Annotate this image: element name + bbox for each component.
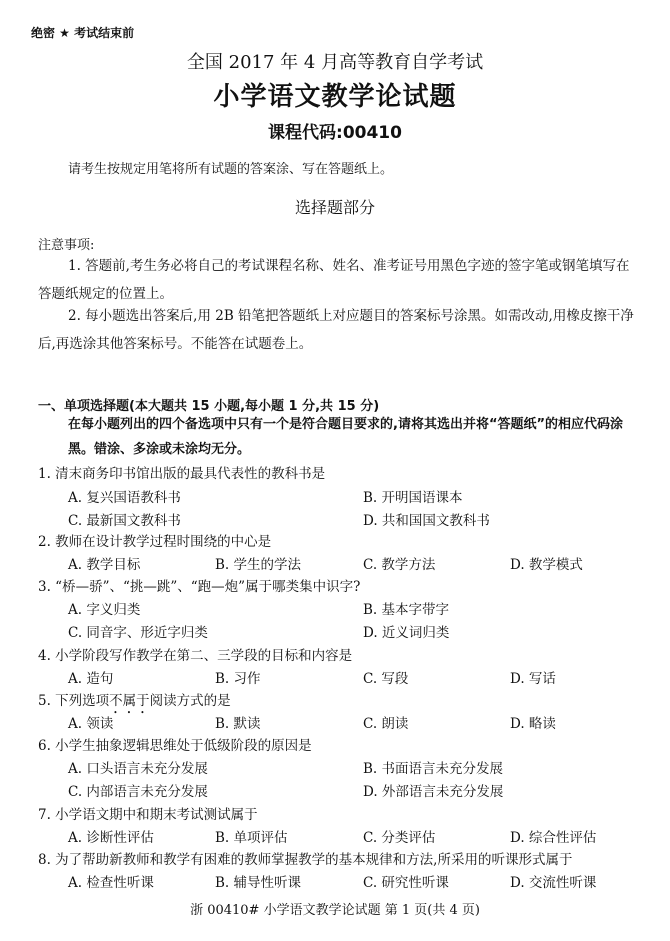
q8-option-c: C. 研究性听课 — [363, 871, 449, 891]
q2-option-b: B. 学生的学法 — [215, 553, 301, 573]
q6-option-b: B. 书面语言未充分发展 — [363, 757, 503, 777]
exam-title: 全国 2017 年 4 月高等教育自学考试 — [0, 48, 670, 74]
notice-item-2: 2. 每小题选出答案后,用 2B 铅笔把答题纸上对应题目的答案标号涂黑。如需改动… — [38, 302, 638, 358]
q1-option-a: A. 复兴国语教科书 — [68, 486, 181, 506]
question-5-stem: 5. 下列选项不属于阅读方式的是 — [38, 689, 231, 717]
q8-option-b: B. 辅导性听课 — [215, 871, 301, 891]
question-8-stem: 8. 为了帮助新教师和教学有困难的教师掌握教学的基本规律和方法,所采用的听课形式… — [38, 848, 572, 868]
q8-option-a: A. 检查性听课 — [68, 871, 154, 891]
q6-option-d: D. 外部语言未充分发展 — [363, 780, 503, 800]
course-code: 课程代码:00410 — [0, 118, 670, 143]
q4-option-b: B. 习作 — [215, 667, 261, 687]
question-4-stem: 4. 小学阶段写作教学在第二、三学段的目标和内容是 — [38, 644, 352, 664]
q3-option-a: A. 字义归类 — [68, 598, 140, 618]
question-1-stem: 1. 清末商务印书馆出版的最具代表性的教科书是 — [38, 462, 325, 482]
q1-option-d: D. 共和国国文教科书 — [363, 509, 490, 529]
q7-option-b: B. 单项评估 — [215, 826, 288, 846]
q1-option-c: C. 最新国文教科书 — [68, 509, 181, 529]
q6-option-c: C. 内部语言未充分发展 — [68, 780, 208, 800]
q5-option-a: A. 领读 — [68, 712, 113, 732]
q1-option-b: B. 开明国语课本 — [363, 486, 463, 506]
q3-option-d: D. 近义词归类 — [363, 621, 449, 641]
question-6-stem: 6. 小学生抽象逻辑思维处于低级阶段的原因是 — [38, 734, 312, 754]
q5-option-d: D. 略读 — [510, 712, 556, 732]
page-footer: 浙 00410# 小学语文教学论试题 第 1 页(共 4 页) — [0, 899, 670, 918]
question-3-stem: 3. “桥—骄”、“挑—跳”、“跑—炮”属于哪类集中识字? — [38, 575, 360, 595]
notice-item-1: 1. 答题前,考生务必将自己的考试课程名称、姓名、准考证号用黑色字迹的签字笔或钢… — [38, 252, 638, 308]
q4-option-c: C. 写段 — [363, 667, 408, 687]
q2-option-c: C. 教学方法 — [363, 553, 435, 573]
q7-option-c: C. 分类评估 — [363, 826, 435, 846]
q4-option-a: A. 造句 — [68, 667, 113, 687]
q5-option-b: B. 默读 — [215, 712, 261, 732]
q5-stem-suffix: 阅读方式的是 — [150, 693, 231, 709]
q7-option-d: D. 综合性评估 — [510, 826, 596, 846]
confidential-label: 绝密 ★ 考试结束前 — [31, 24, 134, 41]
q2-option-a: A. 教学目标 — [68, 553, 140, 573]
q4-option-d: D. 写话 — [510, 667, 556, 687]
q2-option-d: D. 教学模式 — [510, 553, 583, 573]
answer-instruction: 请考生按规定用笔将所有试题的答案涂、写在答题纸上。 — [68, 158, 393, 177]
q5-stem-prefix: 5. 下列选项 — [38, 693, 109, 709]
q5-option-c: C. 朗读 — [363, 712, 408, 732]
paper-title: 小学语文教学论试题 — [0, 76, 670, 113]
question-7-stem: 7. 小学语文期中和期末考试测试属于 — [38, 803, 258, 823]
part-one-description: 在每小题列出的四个备选项中只有一个是符合题目要求的,请将其选出并将“答题纸”的相… — [68, 412, 638, 462]
q5-emphasized-text: 不属于 — [109, 693, 150, 709]
q3-option-c: C. 同音字、形近字归类 — [68, 621, 208, 641]
q6-option-a: A. 口头语言未充分发展 — [68, 757, 208, 777]
section-title: 选择题部分 — [0, 195, 670, 218]
question-2-stem: 2. 教师在设计教学过程时围绕的中心是 — [38, 530, 271, 550]
q3-option-b: B. 基本字带字 — [363, 598, 449, 618]
notice-heading: 注意事项: — [38, 234, 94, 253]
q7-option-a: A. 诊断性评估 — [68, 826, 154, 846]
q8-option-d: D. 交流性听课 — [510, 871, 596, 891]
